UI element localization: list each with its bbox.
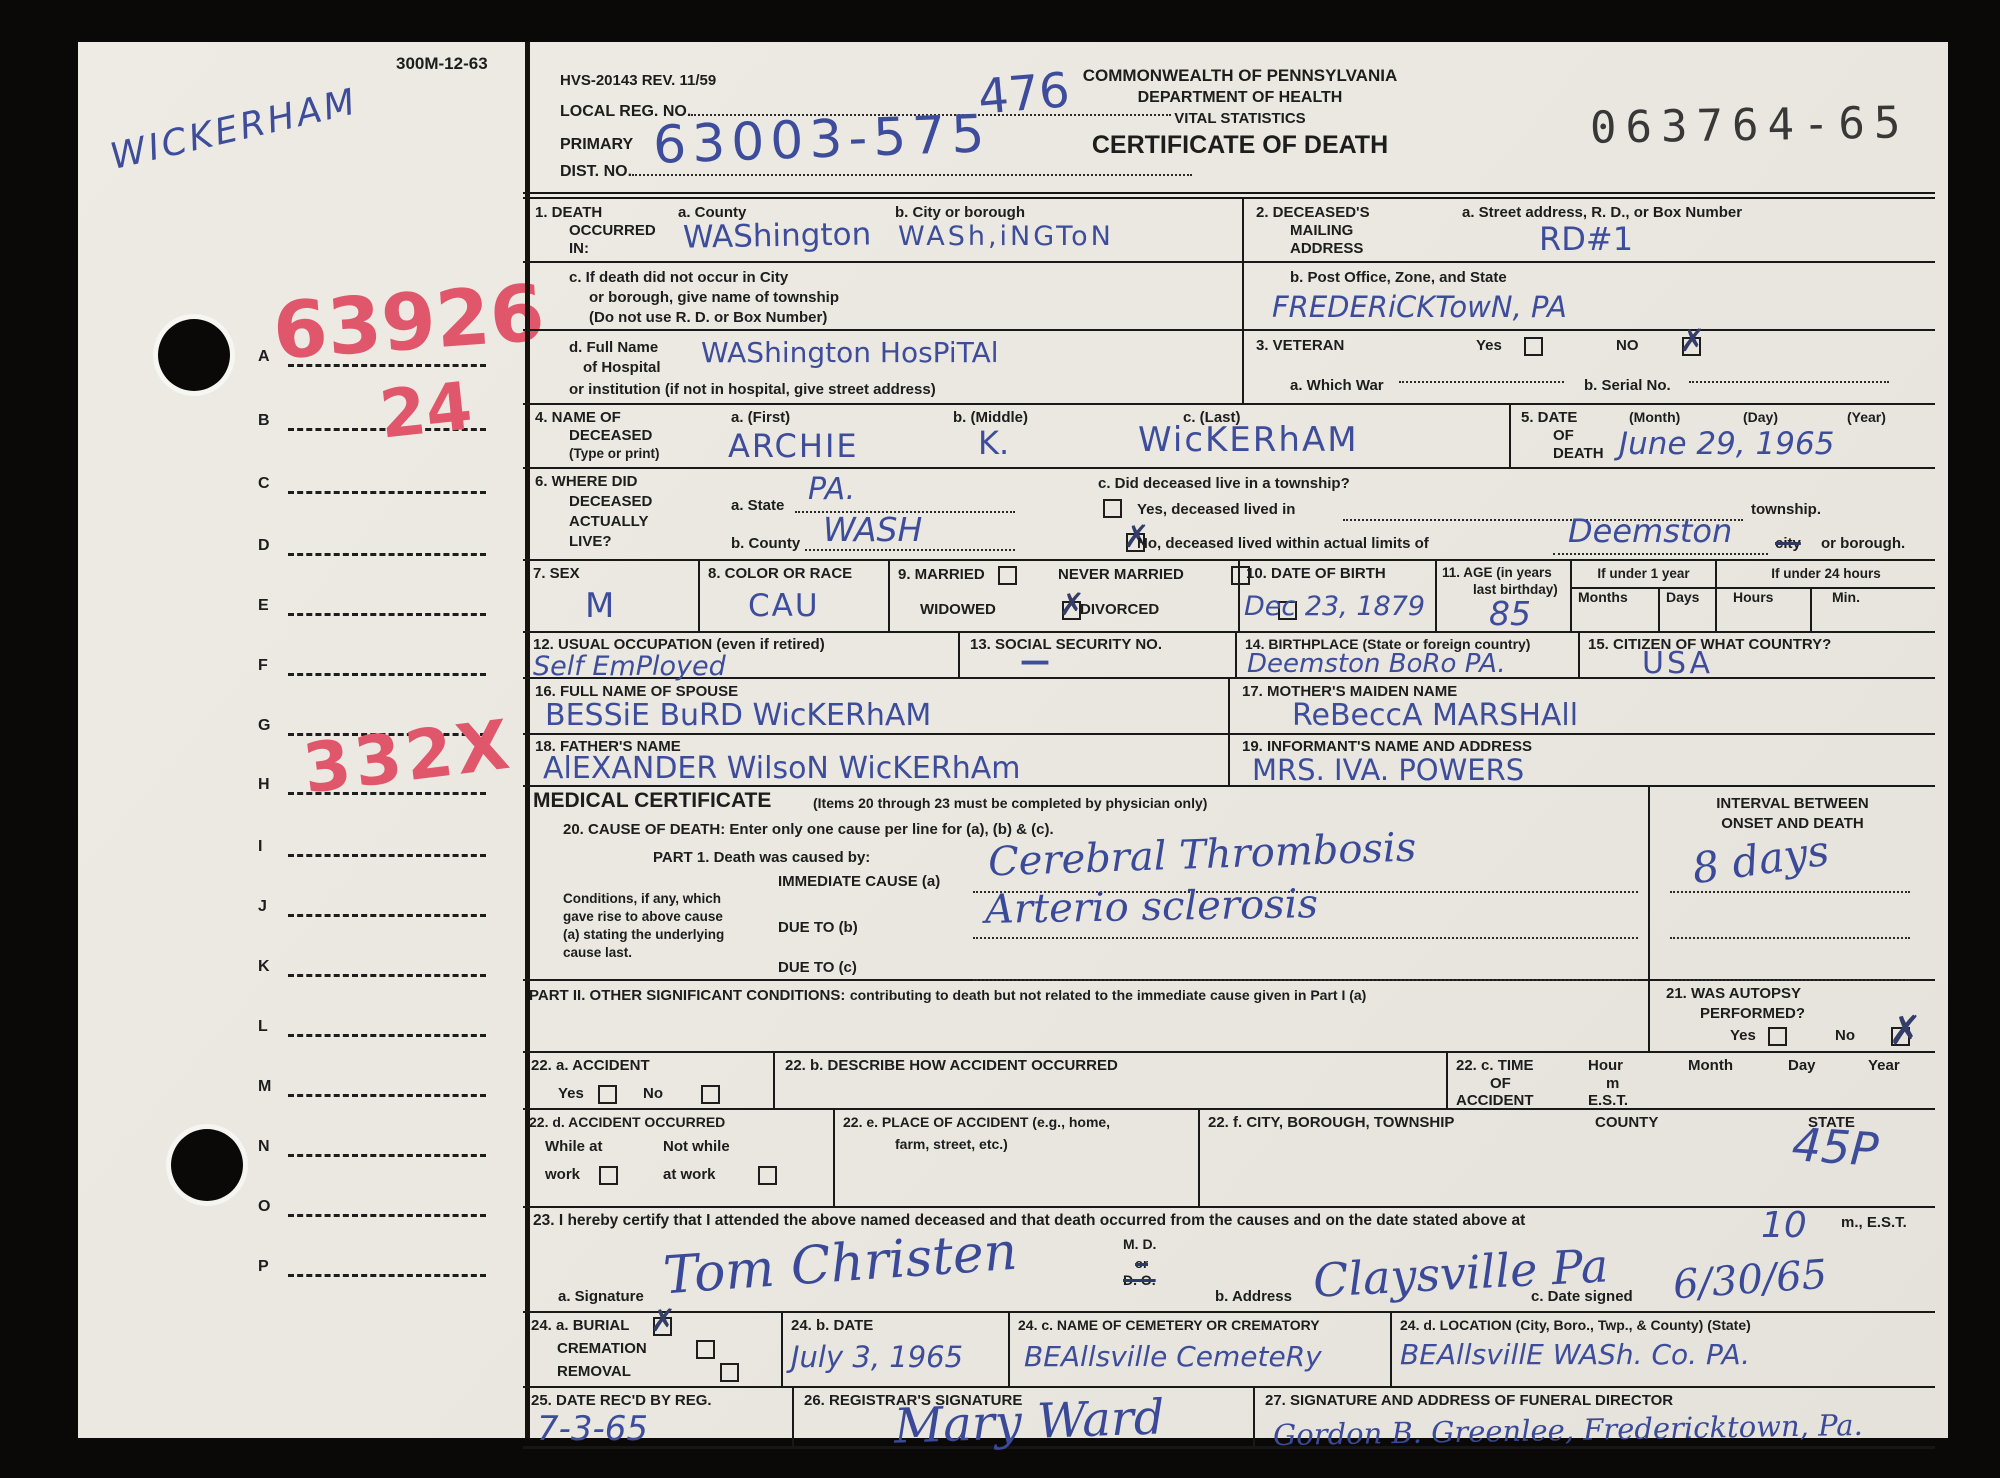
index-letter: I [258,838,262,856]
state-header-block: COMMONWEALTH OF PENNSYLVANIA DEPARTMENT … [990,66,1490,160]
father-value: AlEXANDER WilsoN WicKERhAm [543,754,1020,784]
md-label: M. D. [1123,1236,1156,1252]
dob-label: 10. DATE OF BIRTH [1246,565,1386,582]
death-certificate-form: 1. DEATH OCCURRED IN: a. County WAShingt… [523,192,1935,1449]
section-22b-describe: 22. b. DESCRIBE HOW ACCIDENT OCCURRED [775,1053,1448,1108]
day-label: (Day) [1743,409,1778,425]
section-10-date-of-birth: 10. DATE OF BIRTH Dec 23, 1879 [1240,561,1437,631]
punch-hole-bottom [171,1129,243,1201]
widowed-checkbox: ✗ [1062,601,1081,620]
certify-statement: 23. I hereby certify that I attended the… [533,1212,1525,1230]
cremation-checkbox [696,1340,715,1359]
date-signed-label: c. Date signed [1531,1288,1633,1305]
index-letter: F [258,657,268,675]
hospital-value: WAShington HosPiTAl [701,339,999,367]
post-office-value: FREDERiCKTowN, PA [1272,293,1567,322]
location-value: BEAllsvillE WASh. Co. PA. [1400,1341,1750,1369]
months-label: Months [1578,589,1628,605]
s1-label: 1. DEATH [535,204,602,221]
dob-value: Dec 23, 1879 [1244,593,1425,620]
mother-value: ReBeccA MARSHAll [1292,701,1578,731]
index-line [288,1274,486,1277]
informant-value: MRS. IVA. POWERS [1252,756,1524,785]
accident-yes-label: Yes [558,1085,584,1102]
index-letter: N [258,1138,270,1156]
row-name-and-date-of-death: 4. NAME OF DECEASED (Type or print) a. (… [523,405,1935,469]
first-name-value: ARCHIE [728,430,859,462]
time-accident-label: ACCIDENT [1456,1092,1534,1109]
county-value: WAShington [683,219,872,253]
immediate-cause-label: IMMEDIATE CAUSE (a) [778,873,940,890]
index-letter: D [258,537,270,555]
punch-hole-top [158,319,230,391]
row-sex-race-marital-birth: 7. SEX M 8. COLOR OR RACE CAU 9. MARRIED… [523,561,1935,633]
physician-signature: Tom Christen [662,1226,1019,1303]
accident-no-checkbox [701,1085,720,1104]
last-name-value: WicKERhAM [1138,423,1359,457]
conditions-label4: cause last. [563,945,632,960]
veteran-no-checkbox: ✗ [1682,337,1701,356]
occupation-value: Self EmPloyed [533,653,726,680]
index-letter: K [258,958,270,976]
hospital-label2: of Hospital [583,359,661,376]
index-letter: H [258,776,270,794]
index-line [288,613,486,616]
date-of-death-value: June 29, 1965 [1619,429,1834,460]
red-annotation-a: 63926 [271,275,547,372]
burial-date-value: July 3, 1965 [791,1343,963,1372]
section-23-certify: 23. I hereby certify that I attended the… [523,1208,1935,1311]
section-15-citizen: 15. CITIZEN OF WHAT COUNTRY? USA [1580,633,1935,677]
township-no-text: No, deceased lived within actual limits … [1137,535,1429,552]
day-col-label: Day [1788,1057,1816,1074]
row-residence: 6. WHERE DID DECEASED ACTUALLY LIVE? a. … [523,469,1935,561]
row-medical-certificate: MEDICAL CERTIFICATE (Items 20 through 23… [523,787,1935,981]
due-to-b-value: Arterio sclerosis [985,884,1319,930]
registrar-signature: Mary Ward [893,1393,1165,1450]
s6-label4: LIVE? [569,533,612,550]
dotted-rule [1689,367,1889,383]
never-married-label: NEVER MARRIED [1058,566,1184,583]
section-25-date-received: 25. DATE REC'D BY REG. 7-3-65 [523,1388,794,1446]
autopsy-yes-label: Yes [1730,1027,1756,1044]
date-signed-value: 6/30/65 [1672,1255,1829,1306]
year-col-label: Year [1868,1057,1900,1074]
while-at-work-checkbox [599,1166,618,1185]
days-label: Days [1666,589,1699,605]
index-letter: A [258,348,270,366]
row-spouse-mother: 16. FULL NAME OF SPOUSE BESSiE BuRD WicK… [523,679,1935,735]
section-7-sex: 7. SEX M [523,561,700,631]
section-9-marital-status: 9. MARRIED NEVER MARRIED WIDOWED ✗ DIVOR… [890,561,1240,631]
while-at-label: While at [545,1138,603,1155]
index-letter: J [258,898,267,916]
section-13-ssn: 13. SOCIAL SECURITY NO. — [960,633,1237,677]
m-est-label: m., E.S.T. [1841,1214,1907,1231]
dotted-rule [1670,965,1910,981]
accident-label: 22. a. ACCIDENT [531,1057,650,1074]
section-1-death-occurred: 1. DEATH OCCURRED IN: a. County WAShingt… [523,199,1244,403]
index-letter: P [258,1258,269,1276]
removal-checkbox [720,1363,739,1382]
row-father-informant: 18. FATHER'S NAME AlEXANDER WilsoN WicKE… [523,735,1935,787]
index-letter: G [258,717,270,735]
time-45p-handwriting: 45P [1791,1121,1880,1173]
township-suffix: township. [1751,501,1821,518]
township-yes-checkbox [1103,499,1122,518]
index-line [288,854,486,857]
middle-name-value: K. [978,427,1009,459]
race-value: CAU [748,591,820,622]
red-annotation-h: 332X [300,711,517,804]
cause-of-death-label: 20. CAUSE OF DEATH: Enter only one cause… [563,821,1054,838]
s4-label2: DECEASED [569,427,652,444]
veteran-yes-checkbox [1524,337,1543,356]
ssn-label: 13. SOCIAL SECURITY NO. [970,636,1162,653]
city-borough-township-label: 22. f. CITY, BOROUGH, TOWNSHIP [1208,1114,1454,1131]
autopsy-yes-checkbox [1768,1027,1787,1046]
index-line [288,974,486,977]
certificate-paper: 300M-12-63 WICKERHAM A B C D E F G H I J… [78,42,1948,1438]
autopsy-no-mark: ✗ [1888,1011,1922,1051]
time-of-death-hour: 10 [1761,1208,1807,1244]
work-label: work [545,1166,580,1183]
divorced-label: DIVORCED [1080,601,1159,618]
section-22e-place: 22. e. PLACE OF ACCIDENT (e.g., home, fa… [835,1110,1200,1206]
serial-no-label: b. Serial No. [1584,377,1671,394]
street-value: RD#1 [1539,223,1633,255]
race-label: 8. COLOR OR RACE [708,565,852,582]
s2-label2: MAILING [1290,222,1353,239]
row-occupation-ssn-birthplace: 12. USUAL OCCUPATION (even if retired) S… [523,633,1935,679]
township-note3: (Do not use R. D. or Box Number) [589,309,827,326]
dotted-rule [1553,539,1768,555]
section-22a-accident: 22. a. ACCIDENT Yes No [523,1053,775,1108]
under-1-year-label: If under 1 year [1597,566,1689,581]
removal-label: REMOVAL [557,1363,631,1380]
cremation-label: CREMATION [557,1340,647,1357]
cemetery-label: 24. c. NAME OF CEMETERY OR CREMATORY [1018,1317,1320,1333]
s2-label3: ADDRESS [1290,240,1363,257]
medical-certificate-title: MEDICAL CERTIFICATE [533,789,771,813]
s4-label3: (Type or print) [569,446,660,461]
index-line [288,1034,486,1037]
dist-no-label: DIST. NO. [560,163,632,180]
row-accident-def: 22. d. ACCIDENT OCCURRED While at Not wh… [523,1110,1935,1208]
s6-label2: DECEASED [569,493,652,510]
section-11-under-24-hours: If under 24 hours Hours Min. [1717,561,1935,631]
section-16-spouse: 16. FULL NAME OF SPOUSE BESSiE BuRD WicK… [523,679,1230,733]
county-col-label: COUNTY [1595,1114,1658,1131]
conditions-label1: Conditions, if any, which [563,891,721,906]
accident-occurred-label: 22. d. ACCIDENT OCCURRED [529,1114,725,1130]
section-8-race: 8. COLOR OR RACE CAU [700,561,890,631]
not-while-label: Not while [663,1138,730,1155]
s4-label: 4. NAME OF [535,409,621,426]
accident-yes-checkbox [598,1085,617,1104]
birthplace-value: Deemston BoRo PA. [1247,651,1506,677]
address-label: b. Address [1215,1288,1292,1305]
index-letter: M [258,1078,271,1096]
married-label: 9. MARRIED [898,566,985,583]
m-label: m [1606,1075,1619,1092]
city-label: b. City or borough [895,204,1025,221]
township-question-label: c. Did deceased live in a township? [1098,475,1350,492]
section-12-occupation: 12. USUAL OCCUPATION (even if retired) S… [523,633,960,677]
s1-label3: IN: [569,240,589,257]
min-label: Min. [1832,589,1860,605]
interval-label1: INTERVAL BETWEEN [1716,795,1869,812]
hospital-label3: or institution (if not in hospital, give… [569,381,936,398]
section-4-name: 4. NAME OF DECEASED (Type or print) a. (… [523,405,1511,467]
index-letter: L [258,1018,268,1036]
scanned-death-certificate: { "margin":{ "print_code":"300M-12-63", … [0,0,2000,1478]
row-registrar: 25. DATE REC'D BY REG. 7-3-65 26. REGIST… [523,1388,1935,1446]
hospital-label1: d. Full Name [569,339,658,356]
index-line [288,1214,486,1217]
section-17-mother: 17. MOTHER'S MAIDEN NAME ReBeccA MARSHAl… [1230,679,1935,733]
which-war-label: a. Which War [1290,377,1384,394]
married-checkbox [998,566,1017,585]
red-annotation-b: 24 [377,373,475,448]
veteran-yes-label: Yes [1476,337,1502,354]
section-24a-burial: 24. a. BURIAL ✗ CREMATION REMOVAL [523,1313,783,1386]
city-value: WASh,iNGToN [898,223,1114,250]
s6-label3: ACTUALLY [569,513,648,530]
veteran-no-label: NO [1616,337,1639,354]
burial-date-label: 24. b. DATE [791,1317,873,1334]
index-line [288,914,486,917]
due-to-c-label: DUE TO (c) [778,959,857,976]
post-office-label: b. Post Office, Zone, and State [1290,269,1507,286]
hours-label: Hours [1733,589,1773,605]
index-line [288,673,486,676]
s5-label: 5. DATE [1521,409,1577,426]
section-11-age: 11. AGE (in years last birthday) 85 [1437,561,1572,631]
section-26-registrar: 26. REGISTRAR'S SIGNATURE Mary Ward [794,1388,1255,1446]
department-line: DEPARTMENT OF HEALTH [990,89,1490,107]
veteran-no-mark: ✗ [1679,326,1705,357]
section-11-under-1-year: If under 1 year Months Days [1572,561,1717,631]
age-value: 85 [1489,597,1531,630]
state-label: a. State [731,497,784,514]
row-death-occurred: 1. DEATH OCCURRED IN: a. County WAShingt… [523,199,1935,405]
veteran-label: 3. VETERAN [1256,337,1344,354]
burial-checkbox: ✗ [653,1317,672,1336]
section-2-3-mailing-veteran: 2. DECEASED'S MAILING ADDRESS a. Street … [1244,199,1935,403]
dist-no-value: 63003-575 [652,108,991,172]
at-work-label: at work [663,1166,716,1183]
date-received-label: 25. DATE REC'D BY REG. [531,1392,712,1409]
place-of-accident-label1: 22. e. PLACE OF ACCIDENT (e.g., home, [843,1114,1110,1130]
location-label: 24. d. LOCATION (City, Boro., Twp., & Co… [1400,1317,1751,1333]
spouse-value: BESSiE BuRD WicKERhAM [545,701,931,731]
certificate-number-stamp: 063764-65 [1590,97,1910,154]
index-letter: E [258,597,269,615]
street-label: a. Street address, R. D., or Box Number [1462,204,1742,221]
signature-label: a. Signature [558,1288,644,1305]
s2-label: 2. DECEASED'S [1256,204,1370,221]
dotted-rule [1670,877,1910,893]
county-residence-label: b. County [731,535,800,552]
section-24c-cemetery: 24. c. NAME OF CEMETERY OR CREMATORY BEA… [1010,1313,1392,1386]
section-22f-city: 22. f. CITY, BOROUGH, TOWNSHIP COUNTY ST… [1200,1110,1935,1206]
dotted-rule [1399,367,1564,383]
autopsy-no-label: No [1835,1027,1855,1044]
township-note2: or borough, give name of township [589,289,839,306]
first-name-label: a. (First) [731,409,790,426]
index-letter: O [258,1198,270,1216]
index-letter: B [258,412,270,430]
certificate-title: CERTIFICATE OF DEATH [990,131,1490,160]
dotted-rule [973,965,1638,981]
medical-certificate-left: MEDICAL CERTIFICATE (Items 20 through 23… [523,787,1650,979]
s1-label2: OCCURRED [569,222,656,239]
dotted-rule [1670,923,1910,939]
township-note1: c. If death did not occur in City [569,269,788,286]
est-label: E.S.T. [1588,1092,1628,1109]
funeral-director-signature: Gordon B. Greenlee, Fredericktown, Pa. [1273,1411,1863,1450]
part1-label: PART 1. Death was caused by: [653,849,870,866]
medical-certificate-subtitle: (Items 20 through 23 must be completed b… [813,795,1207,811]
widowed-label: WIDOWED [920,601,996,618]
accident-no-label: No [643,1085,663,1102]
print-code: 300M-12-63 [396,54,488,74]
row-burial: 24. a. BURIAL ✗ CREMATION REMOVAL 24. b.… [523,1313,1935,1388]
burial-label: 24. a. BURIAL [531,1317,629,1334]
under-24-hours-label: If under 24 hours [1771,566,1881,581]
autopsy-label2: PERFORMED? [1700,1005,1805,1022]
or-borough-text: or borough. [1821,535,1905,552]
city-word-struck: city [1775,535,1801,552]
row-accident-abc: 22. a. ACCIDENT Yes No 22. b. DESCRIBE H… [523,1053,1935,1110]
section-22d-occurred: 22. d. ACCIDENT OCCURRED While at Not wh… [523,1110,835,1206]
section-14-birthplace: 14. BIRTHPLACE (State or foreign country… [1237,633,1580,677]
month-label: (Month) [1629,409,1680,425]
section-24b-date: 24. b. DATE July 3, 1965 [783,1313,1010,1386]
autopsy-no-checkbox: ✗ [1891,1027,1910,1046]
index-line [288,1094,486,1097]
date-received-value: 7-3-65 [537,1412,648,1446]
index-line [288,491,486,494]
interval-column: INTERVAL BETWEEN ONSET AND DEATH 8 days [1650,787,1935,979]
county-residence-value: WASH [823,513,922,546]
month-col-label: Month [1688,1057,1733,1074]
citizen-value: USA [1642,649,1713,679]
margin-surname-handwriting: WICKERHAM [107,84,361,176]
section-21-autopsy: 21. WAS AUTOPSY PERFORMED? Yes No ✗ [1650,981,1935,1051]
part2-description: contributing to death but not related to… [850,987,1367,1003]
due-to-b-label: DUE TO (b) [778,919,858,936]
primary-label: PRIMARY [560,136,633,154]
section-18-father: 18. FATHER'S NAME AlEXANDER WilsoN WicKE… [523,735,1230,785]
autopsy-label1: 21. WAS AUTOPSY [1666,985,1801,1002]
s5-label3: DEATH [1553,445,1604,462]
part2-conditions: PART II. OTHER SIGNIFICANT CONDITIONS: c… [523,981,1650,1051]
section-22c-time: 22. c. TIME Hour Month Day Year OF m ACC… [1448,1053,1935,1108]
cemetery-value: BEAllsville CemeteRy [1024,1343,1322,1371]
conditions-label2: gave rise to above cause [563,909,723,924]
section-5-date-of-death: 5. DATE OF DEATH (Month) (Day) (Year) Ju… [1511,405,1935,467]
row-certification: 23. I hereby certify that I attended the… [523,1208,1935,1313]
s6-label: 6. WHERE DID [535,473,638,490]
section-6-residence: 6. WHERE DID DECEASED ACTUALLY LIVE? a. … [523,469,1935,559]
time-of-label: OF [1490,1075,1511,1092]
vital-statistics-line: VITAL STATISTICS [990,110,1490,127]
or-label-struck: or [1135,1256,1148,1271]
do-label-struck: D. O. [1123,1272,1156,1288]
section-19-informant: 19. INFORMANT'S NAME AND ADDRESS MRS. IV… [1230,735,1935,785]
burial-mark: ✗ [650,1306,676,1337]
index-line [288,1154,486,1157]
place-of-accident-label2: farm, street, etc.) [895,1136,1008,1152]
index-letter: C [258,475,270,493]
sex-label: 7. SEX [533,565,580,582]
commonwealth-line: COMMONWEALTH OF PENNSYLVANIA [990,66,1490,86]
row-part2-autopsy: PART II. OTHER SIGNIFICANT CONDITIONS: c… [523,981,1935,1053]
year-label: (Year) [1847,409,1886,425]
part2-label: PART II. OTHER SIGNIFICANT CONDITIONS: [529,987,845,1004]
index-line [288,553,486,556]
time-label: 22. c. TIME [1456,1057,1534,1074]
form-number: HVS-20143 REV. 11/59 [560,72,716,89]
not-while-at-work-checkbox [758,1166,777,1185]
describe-accident-label: 22. b. DESCRIBE HOW ACCIDENT OCCURRED [785,1057,1118,1074]
age-label1: 11. AGE (in years [1442,565,1552,580]
state-value: PA. [808,475,855,505]
hour-label: Hour [1588,1057,1623,1074]
section-27-funeral-director: 27. SIGNATURE AND ADDRESS OF FUNERAL DIR… [1255,1388,1935,1446]
conditions-label3: (a) stating the underlying [563,927,724,942]
funeral-director-label: 27. SIGNATURE AND ADDRESS OF FUNERAL DIR… [1265,1392,1673,1409]
township-yes-text: Yes, deceased lived in [1137,501,1295,518]
s5-label2: OF [1553,427,1574,444]
sex-value: M [585,589,614,623]
section-24d-location: 24. d. LOCATION (City, Boro., Twp., & Co… [1392,1313,1935,1386]
ssn-value: — [1020,647,1050,677]
